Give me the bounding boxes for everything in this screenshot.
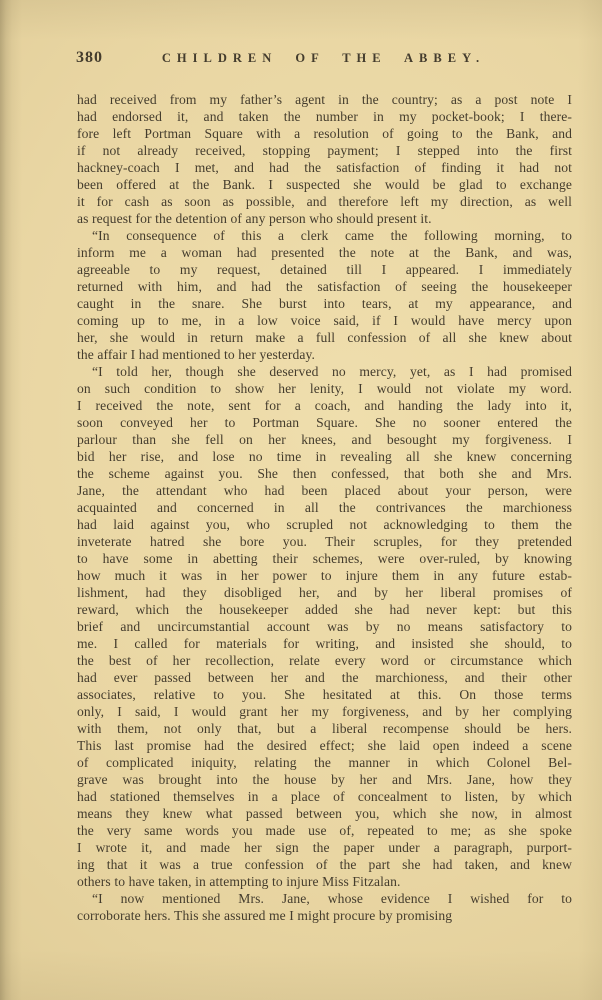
text-column: had received from my father’s agent in t…: [77, 91, 572, 924]
text-line: bid her rise, and lose no time in reveal…: [77, 448, 572, 465]
text-line: lishment, had they disobliged her, and b…: [77, 584, 572, 601]
text-line: brief and uncircumstantial account was b…: [77, 618, 572, 635]
text-line: ing that it was a true confession of the…: [77, 856, 572, 873]
text-line: inveterate hatred she bore you. Their sc…: [77, 533, 572, 550]
book-page-scan: 380 CHILDREN OF THE ABBEY. had received …: [0, 0, 602, 1000]
text-line: as request for the detention of any pers…: [77, 210, 572, 227]
text-line: soon conveyed her to Portman Square. She…: [77, 414, 572, 431]
text-line: I received the note, sent for a coach, a…: [77, 397, 572, 414]
text-line: “I told her, though she deserved no merc…: [77, 363, 572, 380]
text-line: of complicated iniquity, relating the ma…: [77, 754, 572, 771]
text-line: her, she would in return make a full con…: [77, 329, 572, 346]
text-line: had ever passed between her and the marc…: [77, 669, 572, 686]
text-line: hackney-coach I met, and had the satisfa…: [77, 159, 572, 176]
text-line: only, I said, I would grant her my forgi…: [77, 703, 572, 720]
text-line: it for cash as soon as possible, and the…: [77, 193, 572, 210]
page-gutter-shadow: [0, 0, 22, 1000]
text-line: “In consequence of this a clerk came the…: [77, 227, 572, 244]
text-line: parlour than she fell on her knees, and …: [77, 431, 572, 448]
text-line: reward, which the housekeeper added she …: [77, 601, 572, 618]
text-line: coming up to me, in a low voice said, if…: [77, 312, 572, 329]
text-line: to have some in abetting their schemes, …: [77, 550, 572, 567]
text-line: how much it was in her power to injure t…: [77, 567, 572, 584]
text-line: been offered at the Bank. I suspected sh…: [77, 176, 572, 193]
text-line: corroborate hers. This she assured me I …: [77, 907, 572, 924]
text-line: inform me a woman had presented the note…: [77, 244, 572, 261]
running-header: 380 CHILDREN OF THE ABBEY.: [75, 48, 572, 70]
text-line: “I now mentioned Mrs. Jane, whose eviden…: [77, 890, 572, 907]
text-line: I wrote it, and made her sign the paper …: [77, 839, 572, 856]
text-line: if not already received, stopping paymen…: [77, 142, 572, 159]
text-line: agreeable to my request, detained till I…: [77, 261, 572, 278]
text-line: acquainted and concerned in all the cont…: [77, 499, 572, 516]
text-line: had endorsed it, and taken the number in…: [77, 108, 572, 125]
text-line: others to have taken, in attempting to i…: [77, 873, 572, 890]
text-line: grave was brought into the house by her …: [77, 771, 572, 788]
text-line: returned with him, and had the satisfact…: [77, 278, 572, 295]
text-line: Jane, the attendant who had been placed …: [77, 482, 572, 499]
text-line: associates, relative to you. She hesitat…: [77, 686, 572, 703]
text-line: me. I called for materials for writing, …: [77, 635, 572, 652]
text-line: the best of her recollection, relate eve…: [77, 652, 572, 669]
text-line: the very same words you made use of, rep…: [77, 822, 572, 839]
book-title-header: CHILDREN OF THE ABBEY.: [75, 51, 572, 66]
text-line: on such condition to show her lenity, I …: [77, 380, 572, 397]
text-line: means they knew what passed between you,…: [77, 805, 572, 822]
text-line: the scheme against you. She then confess…: [77, 465, 572, 482]
text-line: This last promise had the desired effect…: [77, 737, 572, 754]
text-line: had received from my father’s agent in t…: [77, 91, 572, 108]
text-line: had laid against you, who scrupled not a…: [77, 516, 572, 533]
text-line: the affair I had mentioned to her yester…: [77, 346, 572, 363]
text-line: fore left Portman Square with a resoluti…: [77, 125, 572, 142]
text-line: had stationed themselves in a place of c…: [77, 788, 572, 805]
text-line: caught in the snare. She burst into tear…: [77, 295, 572, 312]
text-line: with them, not only that, but a liberal …: [77, 720, 572, 737]
